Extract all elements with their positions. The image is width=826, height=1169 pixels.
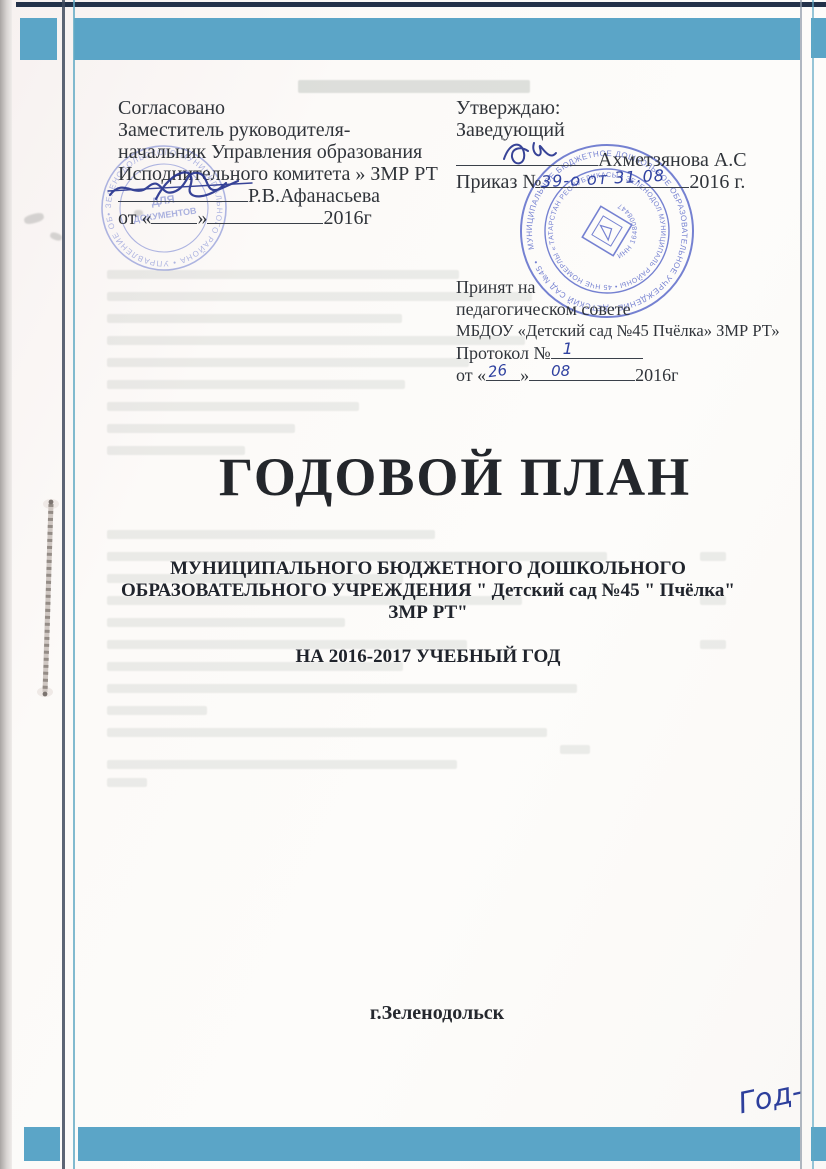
day-handwritten: 26	[487, 359, 509, 383]
signatory-name: Р.В.Афанасьева	[248, 185, 380, 207]
ghost-text-line	[560, 745, 590, 754]
protocol-number-blank: 1	[551, 344, 643, 359]
handwritten-signature	[104, 163, 264, 209]
ghost-text-line	[298, 80, 530, 93]
svg-text:ИНН 1648008447: ИНН 1648008447	[604, 198, 645, 261]
ghost-text-line	[107, 314, 402, 323]
cover-band-top	[74, 18, 800, 60]
month-blank	[207, 209, 323, 224]
date-close-quote: »	[197, 207, 207, 229]
date-line: от «»2016г	[118, 207, 438, 229]
organization-line3: ЗМР РТ"	[65, 602, 791, 624]
organization-line1: МУНИЦИПАЛЬНОГО БЮДЖЕТНОГО ДОШКОЛЬНОГО	[65, 558, 791, 580]
cover-band-bottom-left	[24, 1127, 60, 1161]
protocol-number-handwritten: 1	[563, 338, 573, 360]
right-edge-line-gray	[800, 0, 802, 1169]
city-label: г.Зеленодольск	[74, 1002, 800, 1025]
ghost-text-line	[107, 684, 577, 693]
scan-left-edge	[0, 0, 12, 1169]
page-title: ГОДОВОЙ ПЛАН	[90, 446, 820, 508]
month-blank: 08	[529, 366, 635, 381]
approval-right-block: Утверждаю: Заведующий Ахметзянова А.С Пр…	[456, 97, 747, 193]
ghost-text-line	[107, 728, 547, 737]
page-fold-line-dark	[62, 0, 65, 1169]
ghost-text-line	[107, 402, 359, 411]
day-blank	[151, 209, 197, 224]
cover-band-top-left	[20, 18, 57, 60]
month-handwritten: 08	[551, 360, 570, 382]
organization-line2: ОБРАЗОВАТЕЛЬНОГО УЧРЕЖДЕНИЯ " Детский са…	[65, 580, 791, 602]
ghost-text-line	[107, 380, 405, 389]
page-fold-line-teal	[73, 0, 75, 1169]
institution-name: МБДОУ «Детский сад №45 Пчёлка» ЗМР РТ»	[456, 320, 780, 342]
date-prefix: от «	[456, 365, 486, 385]
order-year: 2016 г.	[689, 171, 745, 193]
academic-year-line: НА 2016-2017 УЧЕБНЫЙ ГОД	[65, 646, 791, 668]
binding-string	[34, 496, 64, 707]
acceptance-date-line: от «26»082016г	[456, 364, 780, 386]
corner-note-handwritten: Год-	[735, 1074, 805, 1121]
scan-smudge	[49, 231, 63, 242]
year-label: 2016г	[635, 365, 678, 385]
approver-title-line2: начальник Управления образования	[118, 141, 438, 163]
approve-label: Утверждаю:	[456, 97, 747, 119]
agreed-label: Согласовано	[118, 97, 438, 119]
year-label: 2016г	[323, 207, 371, 229]
handwritten-signature-initials	[496, 135, 566, 169]
ghost-text-line	[107, 760, 457, 769]
date-prefix: от «	[118, 207, 151, 229]
ghost-text-line	[107, 706, 207, 715]
order-number-blank: 39-о от 31.08	[541, 173, 689, 188]
stamp-inn-text: ИНН 1648008447	[604, 198, 645, 261]
organization-name-block: МУНИЦИПАЛЬНОГО БЮДЖЕТНОГО ДОШКОЛЬНОГО ОБ…	[65, 558, 791, 624]
ghost-text-line	[107, 358, 469, 367]
scanned-page: • ЗЕЛЕНОДОЛЬСКОГО МУНИЦИПАЛЬНОГО РАЙОНА …	[0, 0, 826, 1169]
order-label: Приказ №	[456, 171, 541, 193]
day-blank: 26	[486, 366, 520, 381]
ghost-text-line	[107, 424, 295, 433]
ghost-text-line	[107, 530, 435, 539]
accepted-label: Принят на	[456, 276, 780, 298]
right-edge-line-teal	[812, 0, 814, 1169]
approval-left-block: Согласовано Заместитель руководителя- на…	[118, 97, 438, 229]
signature-line: Р.В.Афанасьева	[118, 185, 438, 207]
acceptance-block: Принят на педагогическом совете МБДОУ «Д…	[456, 276, 780, 386]
cover-top-dark-line	[16, 2, 826, 7]
approver-title-line1: Заместитель руководителя-	[118, 119, 438, 141]
order-line: Приказ №39-о от 31.082016 г.	[456, 171, 747, 193]
signature-blank	[456, 151, 598, 166]
scan-smudge	[23, 212, 45, 226]
date-close-quote: »	[520, 365, 529, 385]
pedagogical-council-label: педагогическом совете	[456, 298, 780, 320]
cover-band-bottom	[78, 1127, 800, 1161]
ghost-text-line	[107, 778, 147, 787]
